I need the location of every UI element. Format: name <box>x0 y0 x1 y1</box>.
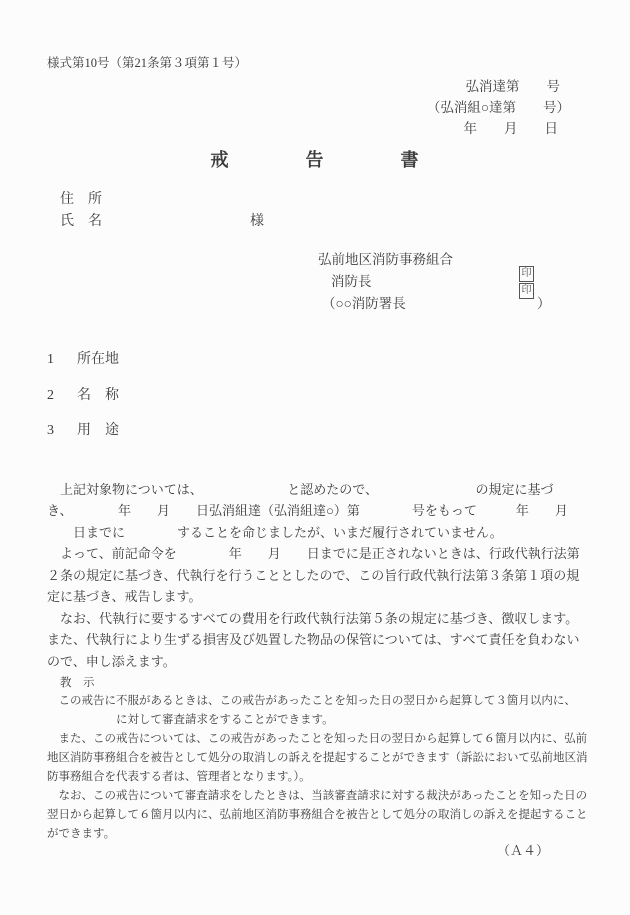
item-label-use: 用 途 <box>77 422 119 440</box>
station-chief-closing-paren: ） <box>537 296 551 313</box>
instruction-heading: 教 示 <box>60 676 95 690</box>
main-text-line-9: ので、申し添えます。 <box>47 654 176 670</box>
instruction-line-7: 翌日から起算して６箇月以内に、弘前地区消防事務組合を被告として処分の取消しの訴え… <box>47 808 588 822</box>
paper-size-label: （Ａ４） <box>497 843 549 859</box>
item-number: 3 <box>47 422 54 440</box>
main-text-line-3: 日までに することを命じましたが、いまだ履行されていません。 <box>47 525 503 541</box>
instruction-line-8: ができます。 <box>47 827 115 841</box>
station-chief-title: （○○消防署長 <box>322 296 406 313</box>
recipient-address-label: 住 所 <box>60 191 102 209</box>
instruction-line-2: に対して審査請求をすることができます。 <box>47 713 334 727</box>
instruction-line-6: なお、この戒告について審査請求をしたときは、当該審査請求に対する裁決があったこと… <box>47 789 587 803</box>
instruction-line-3: また、この戒告については、この戒告があったことを知った日の翌日から起算して６箇月… <box>47 732 587 746</box>
issuer-organization: 弘前地区消防事務組合 <box>318 252 453 269</box>
seal-mark-chief: 印 <box>519 266 534 282</box>
doc-number-line1: 弘消達第 号 <box>466 79 561 96</box>
form-number: 様式第10号（第21条第３項第１号） <box>47 56 247 72</box>
warning-document-page: 様式第10号（第21条第３項第１号） 弘消達第 号 （弘消組○達第 号） 年 月… <box>0 0 630 915</box>
instruction-line-5: 防事務組合を代表する者は、管理者となります。）。 <box>47 770 311 784</box>
main-text-line-6: 定に基づき、戒告します。 <box>47 589 201 605</box>
main-text-line-1: 上記対象物については、 と認めたので、 の規定に基づ <box>47 482 553 498</box>
fire-chief-title: 消防長 <box>331 274 372 291</box>
document-title: 戒 告 書 <box>0 149 630 172</box>
main-text-line-8: また、代執行により生ずる損害及び処置した物品の保管については、すべて責任を負わな… <box>47 632 579 648</box>
item-label-name: 名 称 <box>77 387 119 405</box>
item-label-location: 所在地 <box>77 351 119 369</box>
date-line: 年 月 日 <box>464 121 559 138</box>
recipient-honorific: 様 <box>250 213 264 231</box>
recipient-name-label: 氏 名 <box>60 213 102 231</box>
seal-mark-station-chief: 印 <box>519 283 534 299</box>
main-text-line-7: なお、代執行に要するすべての費用を行政代執行法第５条の規定に基づき、徴収します。 <box>47 611 578 627</box>
item-number: 2 <box>47 387 54 405</box>
main-text-line-4: よって、前記命令を 年 月 日までに是正されないときは、行政代執行法第 <box>47 546 580 562</box>
instruction-line-4: 地区消防事務組合を被告として処分の取消しの訴えを提起することができます（訴訟にお… <box>47 751 588 765</box>
main-text-line-5: ２条の規定に基づき、代執行を行うこととしたので、この旨行政代執行法第３条第１項の… <box>47 568 579 584</box>
doc-number-line2: （弘消組○達第 号） <box>427 100 570 117</box>
main-text-line-2: き、 年 月 日弘消組達（弘消組達○）第 号をもって 年 月 <box>47 503 568 519</box>
item-number: 1 <box>47 351 54 369</box>
instruction-line-1: この戒告に不服があるときは、この戒告があったことを知った日の翌日から起算して３箇… <box>47 694 576 708</box>
